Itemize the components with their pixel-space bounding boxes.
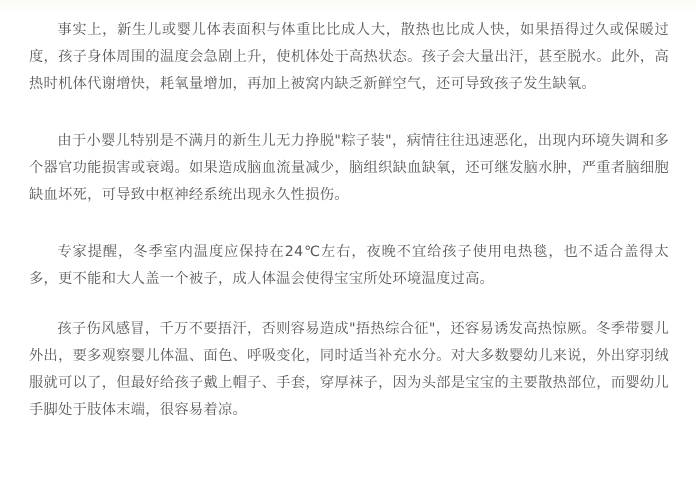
paragraph-expert-advice: 专家提醒，冬季室内温度应保持在24℃左右，夜晚不宜给孩子使用电热毯，也不适合盖得… bbox=[29, 239, 669, 293]
top-image-edge bbox=[0, 0, 696, 14]
paragraph-cold-care-tips: 孩子伤风感冒，千万不要捂汗，否则容易造成"捂热综合征"，还容易诱发高热惊厥。冬季… bbox=[29, 316, 669, 424]
paragraph-infant-deterioration: 由于小婴儿特别是不满月的新生儿无力挣脱"粽子装"，病情往往迅速恶化，出现内环境失… bbox=[29, 128, 669, 209]
article-body: 事实上，新生儿或婴儿体表面积与体重比比成人大，散热也比成人快，如果捂得过久或保暖… bbox=[29, 17, 669, 454]
paragraph-overheating-risk: 事实上，新生儿或婴儿体表面积与体重比比成人大，散热也比成人快，如果捂得过久或保暖… bbox=[29, 17, 669, 98]
